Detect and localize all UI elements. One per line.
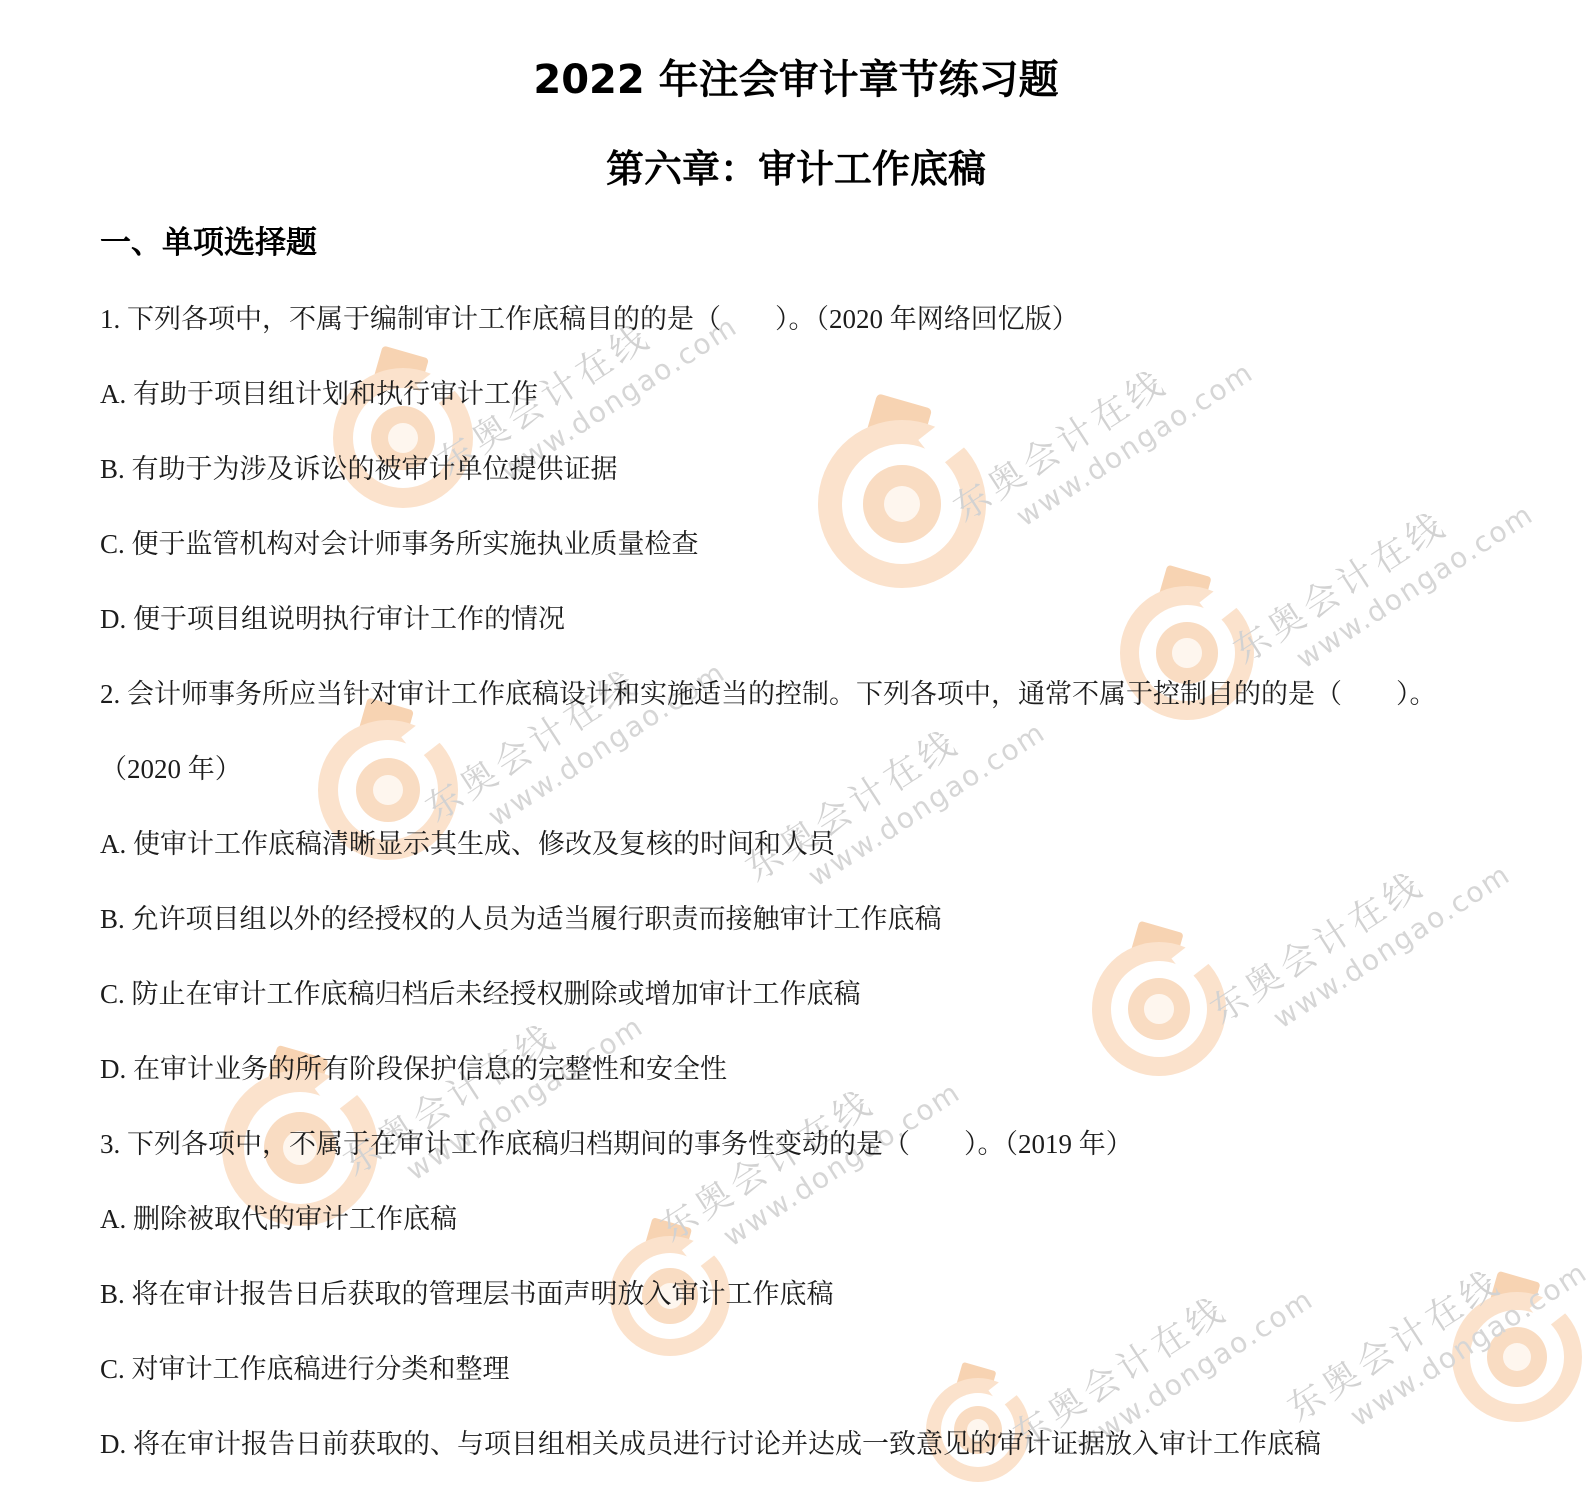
question-2-option-b: B. 允许项目组以外的经授权的人员为适当履行职责而接触审计工作底稿 xyxy=(100,903,1492,935)
question-2-stem-line-2: （2020 年） xyxy=(100,753,1492,785)
question-2-option-c: C. 防止在审计工作底稿归档后未经授权删除或增加审计工作底稿 xyxy=(100,978,1492,1010)
section-heading: 一、单项选择题 xyxy=(100,226,1492,260)
document-content: 2022 年注会审计章节练习题 第六章：审计工作底稿 一、单项选择题 1. 下列… xyxy=(0,0,1587,1487)
question-3-option-b: B. 将在审计报告日后获取的管理层书面声明放入审计工作底稿 xyxy=(100,1278,1492,1310)
question-2-option-a: A. 使审计工作底稿清晰显示其生成、修改及复核的时间和人员 xyxy=(100,828,1492,860)
question-1-stem: 1. 下列各项中，不属于编制审计工作底稿目的的是（ ）。（2020 年网络回忆版… xyxy=(100,303,1492,335)
page-title: 2022 年注会审计章节练习题 xyxy=(100,58,1492,102)
question-3-option-d: D. 将在审计报告日前获取的、与项目组相关成员进行讨论并达成一致意见的审计证据放… xyxy=(100,1428,1492,1460)
question-3-option-a: A. 删除被取代的审计工作底稿 xyxy=(100,1203,1492,1235)
question-2-stem-line-1: 2. 会计师事务所应当针对审计工作底稿设计和实施适当的控制。下列各项中，通常不属… xyxy=(100,678,1492,710)
document-page: 东奥会计在线 www.dongao.com 东奥会计在线 www.dongao.… xyxy=(0,0,1587,1487)
question-1-option-c: C. 便于监管机构对会计师事务所实施执业质量检查 xyxy=(100,528,1492,560)
question-1-option-a: A. 有助于项目组计划和执行审计工作 xyxy=(100,378,1492,410)
chapter-subtitle: 第六章：审计工作底稿 xyxy=(100,148,1492,190)
question-2-option-d: D. 在审计业务的所有阶段保护信息的完整性和安全性 xyxy=(100,1053,1492,1085)
question-1-option-d: D. 便于项目组说明执行审计工作的情况 xyxy=(100,603,1492,635)
question-3-stem: 3. 下列各项中，不属于在审计工作底稿归档期间的事务性变动的是（ ）。（2019… xyxy=(100,1128,1492,1160)
question-3-option-c: C. 对审计工作底稿进行分类和整理 xyxy=(100,1353,1492,1385)
question-1-option-b: B. 有助于为涉及诉讼的被审计单位提供证据 xyxy=(100,453,1492,485)
